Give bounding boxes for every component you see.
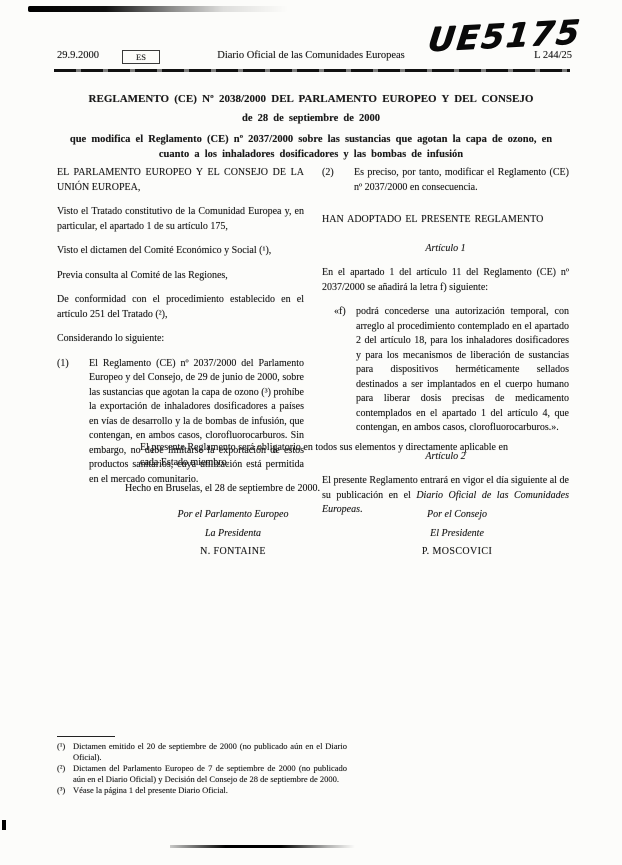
right-column: (2) Es preciso, por tanto, modificar el … <box>322 166 569 528</box>
signature-council-name: P. MOSCOVICI <box>352 543 562 562</box>
footnote-divider <box>57 736 115 737</box>
page-reference: L 244/25 <box>534 50 572 61</box>
scan-artifact-bottom-smudge <box>170 845 355 848</box>
footnote-3-text: Véase la página 1 del presente Diario Of… <box>73 785 347 796</box>
recital-2-number: (2) <box>322 166 354 195</box>
citation-regions: Previa consulta al Comité de las Regione… <box>57 269 304 284</box>
article-1-intro: En el apartado 1 del artículo 11 del Reg… <box>322 266 569 295</box>
quote-text: podrá concederse una autorización tempor… <box>356 305 569 436</box>
signature-parliament-institution: Por el Parlamento Europeo <box>128 506 338 525</box>
signature-parliament: Por el Parlamento Europeo La Presidenta … <box>128 506 338 562</box>
scan-artifact-left-tick <box>2 820 6 830</box>
signature-parliament-name: N. FONTAINE <box>128 543 338 562</box>
article-1-quoted-letter-f: «f) podrá concederse una autorización te… <box>334 305 569 436</box>
place-and-date: Hecho en Bruselas, el 28 de septiembre d… <box>125 483 320 494</box>
signature-parliament-title: La Presidenta <box>128 525 338 544</box>
footnote-1-text: Dictamen emitido el 20 de septiembre de … <box>73 741 347 763</box>
footnote-2-text: Dictamen del Parlamento Europeo de 7 de … <box>73 763 347 785</box>
page-header: 29.9.2000 ES Diario Oficial de las Comun… <box>0 50 622 68</box>
recital-2-text: Es preciso, por tanto, modificar el Regl… <box>354 166 569 195</box>
recital-2: (2) Es preciso, por tanto, modificar el … <box>322 166 569 195</box>
footnote-2-marker: (²) <box>57 763 73 785</box>
footnote-2: (²) Dictamen del Parlamento Europeo de 7… <box>57 763 347 785</box>
citation-treaty: Visto el Tratado constitutivo de la Comu… <box>57 205 304 234</box>
article-1-heading: Artículo 1 <box>322 242 569 257</box>
quote-marker: «f) <box>334 305 356 436</box>
signature-council: Por el Consejo El Presidente P. MOSCOVIC… <box>352 506 562 562</box>
recital-1-number: (1) <box>57 357 89 488</box>
regulation-title: REGLAMENTO (CE) Nº 2038/2000 DEL PARLAME… <box>62 92 560 107</box>
regulation-date: de 28 de septiembre de 2000 <box>62 111 560 126</box>
scan-artifact-top-smudge <box>28 6 288 12</box>
scanned-document-page: UE5175 29.9.2000 ES Diario Oficial de la… <box>0 0 622 865</box>
signature-council-institution: Por el Consejo <box>352 506 562 525</box>
footnote-3-marker: (³) <box>57 785 73 796</box>
footnotes: (¹) Dictamen emitido el 20 de septiembre… <box>57 736 347 796</box>
binding-clause: El presente Reglamento será obligatorio … <box>140 441 508 470</box>
regulation-subtitle: que modifica el Reglamento (CE) nº 2037/… <box>62 132 560 162</box>
recitals-lead: Considerando lo siguiente: <box>57 332 304 347</box>
enacting-authority: EL PARLAMENTO EUROPEO Y EL CONSEJO DE LA… <box>57 166 304 195</box>
footnote-1: (¹) Dictamen emitido el 20 de septiembre… <box>57 741 347 763</box>
signature-council-title: El Presidente <box>352 525 562 544</box>
footnote-1-marker: (¹) <box>57 741 73 763</box>
citation-procedure: De conformidad con el procedimiento esta… <box>57 293 304 322</box>
journal-title: Diario Oficial de las Comunidades Europe… <box>0 50 622 61</box>
footnote-3: (³) Véase la página 1 del presente Diari… <box>57 785 347 796</box>
left-column: EL PARLAMENTO EUROPEO Y EL CONSEJO DE LA… <box>57 166 304 528</box>
header-divider <box>54 69 570 72</box>
document-body: EL PARLAMENTO EUROPEO Y EL CONSEJO DE LA… <box>57 166 569 528</box>
adoption-formula: HAN ADOPTADO EL PRESENTE REGLAMENTO <box>322 213 569 228</box>
regulation-title-block: REGLAMENTO (CE) Nº 2038/2000 DEL PARLAME… <box>62 92 560 162</box>
citation-committee: Visto el dictamen del Comité Económico y… <box>57 244 304 259</box>
